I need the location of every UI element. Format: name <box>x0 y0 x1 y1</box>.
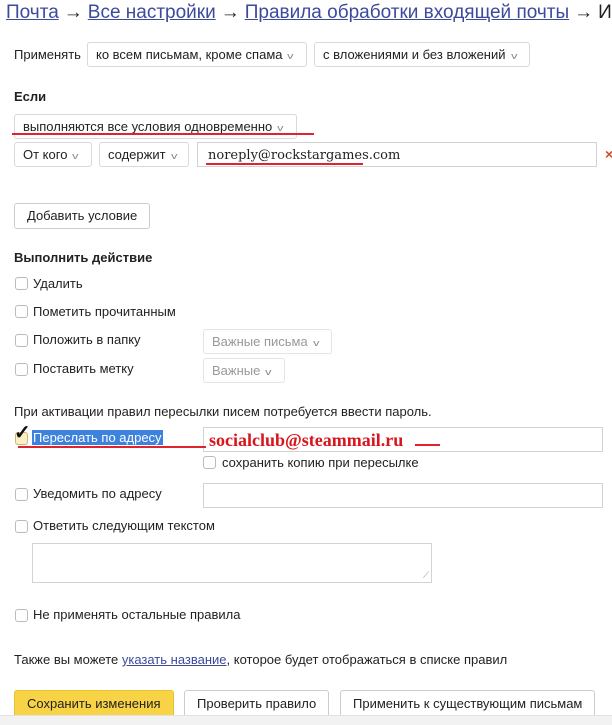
forward-address-value: socialclub@steammail.ru <box>209 429 403 451</box>
chevron-down-icon: v <box>73 145 79 168</box>
forward-label: Переслать по адресу <box>32 430 163 446</box>
chevron-down-icon: v <box>288 45 294 68</box>
set-label-checkbox[interactable] <box>15 363 28 376</box>
breadcrumb-mail-link[interactable]: Почта <box>6 2 59 23</box>
match-mode-select[interactable]: выполняются все условия одновременноv <box>14 114 297 139</box>
apply-existing-button[interactable]: Применить к существующим письмам <box>340 690 595 718</box>
notify-label: Уведомить по адресу <box>33 486 162 502</box>
add-condition-button[interactable]: Добавить условие <box>14 203 150 229</box>
breadcrumb-rules-link[interactable]: Правила обработки входящей почты <box>245 2 569 23</box>
annotation-underline <box>415 444 440 446</box>
stop-rules-checkbox[interactable] <box>15 609 28 622</box>
breadcrumb-separator: → <box>221 2 240 23</box>
delete-label: Удалить <box>33 276 83 292</box>
folder-select[interactable]: Важные письмаv <box>203 329 332 354</box>
chevron-down-icon: v <box>265 361 271 384</box>
annotation-underline <box>206 163 363 165</box>
password-note: При активации правил пересылки писем пот… <box>14 404 432 420</box>
label-select-value: Важные <box>212 363 260 378</box>
set-label-label: Поставить метку <box>33 361 134 377</box>
scope-select[interactable]: ко всем письмам, кроме спамаv <box>87 42 307 67</box>
remove-condition-icon[interactable]: × <box>605 146 612 162</box>
notify-checkbox[interactable] <box>15 488 28 501</box>
check-rule-button[interactable]: Проверить правило <box>184 690 329 718</box>
folder-select-value: Важные письма <box>212 334 308 349</box>
attachments-select[interactable]: с вложениями и без вложенийv <box>314 42 530 67</box>
scope-select-value: ко всем письмам, кроме спама <box>96 47 282 62</box>
delete-checkbox[interactable] <box>15 277 28 290</box>
mark-read-checkbox[interactable] <box>15 305 28 318</box>
apply-label: Применять <box>14 47 81 63</box>
condition-field-select[interactable]: От когоv <box>14 142 92 167</box>
reply-checkbox[interactable] <box>15 520 28 533</box>
chevron-down-icon: v <box>171 145 177 168</box>
match-mode-select-value: выполняются все условия одновременно <box>23 119 272 134</box>
reply-label: Ответить следующим текстом <box>33 518 215 534</box>
breadcrumb-all-settings-link[interactable]: Все настройки <box>88 2 216 23</box>
rule-name-note: Также вы можете указать название, которо… <box>14 652 507 668</box>
breadcrumb-separator: → <box>64 2 83 23</box>
breadcrumb: Почта→Все настройки→Правила обработки вх… <box>6 0 612 26</box>
attachments-select-value: с вложениями и без вложений <box>323 47 506 62</box>
keep-copy-checkbox[interactable] <box>203 456 216 469</box>
breadcrumb-separator: → <box>574 2 593 23</box>
actions-heading: Выполнить действие <box>14 250 152 266</box>
bottom-bar <box>0 715 612 725</box>
chevron-down-icon: v <box>313 332 319 355</box>
label-select[interactable]: Важныеv <box>203 358 285 383</box>
condition-value-text: noreply@rockstargames.com <box>208 148 400 163</box>
chevron-down-icon: v <box>277 117 283 140</box>
condition-field-value: От кого <box>23 147 67 162</box>
notify-address-input[interactable] <box>203 483 603 508</box>
annotation-underline <box>12 133 314 135</box>
annotation-underline <box>18 446 206 448</box>
condition-operator-value: содержит <box>108 147 166 162</box>
stop-rules-label: Не применять остальные правила <box>33 607 240 623</box>
move-folder-label: Положить в папку <box>33 332 141 348</box>
condition-operator-select[interactable]: содержитv <box>99 142 189 167</box>
checkmark-icon: ✓ <box>14 423 31 443</box>
chevron-down-icon: v <box>511 45 517 68</box>
set-name-link[interactable]: указать название <box>122 652 227 667</box>
keep-copy-label: сохранить копию при пересылке <box>222 455 419 471</box>
move-folder-checkbox[interactable] <box>15 334 28 347</box>
resize-grip-icon[interactable]: ⟋ <box>423 571 429 580</box>
reply-textarea[interactable]: ⟋ <box>32 543 432 583</box>
breadcrumb-current: Изме <box>598 2 612 23</box>
mark-read-label: Пометить прочитанным <box>33 304 176 320</box>
save-button[interactable]: Сохранить изменения <box>14 690 174 718</box>
conditions-heading: Если <box>14 89 46 105</box>
